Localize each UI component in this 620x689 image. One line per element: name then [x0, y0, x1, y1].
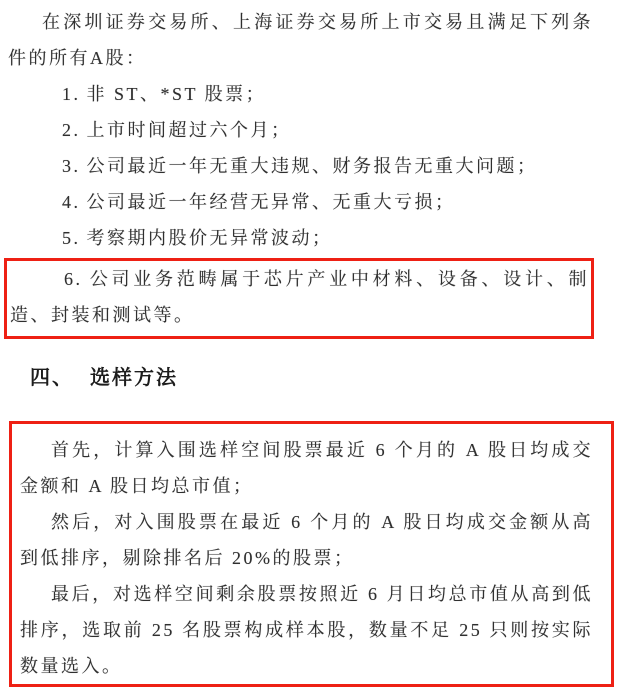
condition-number: 6.: [64, 269, 89, 289]
condition-number: 5.: [62, 228, 87, 248]
condition-number: 3.: [62, 156, 87, 176]
highlight-box-method: 首先，计算入围选样空间股票最近 6 个月的 A 股日均成交金额和 A 股日均总市…: [9, 421, 614, 687]
section-heading-title: 选样方法: [90, 367, 178, 389]
method-paragraph-then: 然后，对入围股票在最近 6 个月的 A 股日均成交金额从高到低排序，剔除排名后 …: [20, 504, 593, 576]
condition-number: 1.: [62, 84, 87, 104]
condition-item-5: 5.考察期内股价无异常波动；: [8, 220, 593, 256]
method-paragraph-last: 最后，对选样空间剩余股票按照近 6 月日均总市值从高到低排序，选取前 25 名股…: [20, 576, 593, 684]
condition-item-1: 1.非 ST、*ST 股票；: [8, 76, 593, 112]
condition-item-3: 3.公司最近一年无重大违规、财务报告无重大问题；: [8, 148, 593, 184]
condition-number: 2.: [62, 120, 87, 140]
highlight-box-condition-6: 6.公司业务范畴属于芯片产业中材料、设备、设计、制造、封装和测试等。: [4, 258, 594, 339]
condition-item-2: 2.上市时间超过六个月；: [8, 112, 593, 148]
condition-text: 公司最近一年无重大违规、财务报告无重大问题；: [87, 156, 538, 176]
condition-number: 4.: [62, 192, 87, 212]
method-paragraph-first: 首先，计算入围选样空间股票最近 6 个月的 A 股日均成交金额和 A 股日均总市…: [20, 432, 593, 504]
condition-text: 公司最近一年经营无异常、无重大亏损；: [87, 192, 456, 212]
intro-paragraph: 在深圳证券交易所、上海证券交易所上市交易且满足下列条件的所有A股：: [8, 4, 593, 76]
condition-text: 考察期内股价无异常波动；: [87, 228, 333, 248]
condition-item-4: 4.公司最近一年经营无异常、无重大亏损；: [8, 184, 593, 220]
condition-item-6: 6.公司业务范畴属于芯片产业中材料、设备、设计、制造、封装和测试等。: [10, 261, 589, 333]
condition-text: 公司业务范畴属于芯片产业中材料、设备、设计、制造、封装和测试等。: [10, 269, 589, 325]
section-heading-numeral: 四、: [30, 367, 74, 389]
document-page: 在深圳证券交易所、上海证券交易所上市交易且满足下列条件的所有A股： 1.非 ST…: [0, 0, 620, 687]
section-heading: 四、选样方法: [30, 363, 593, 393]
condition-text: 上市时间超过六个月；: [87, 120, 292, 140]
condition-text: 非 ST、*ST 股票；: [87, 84, 267, 104]
